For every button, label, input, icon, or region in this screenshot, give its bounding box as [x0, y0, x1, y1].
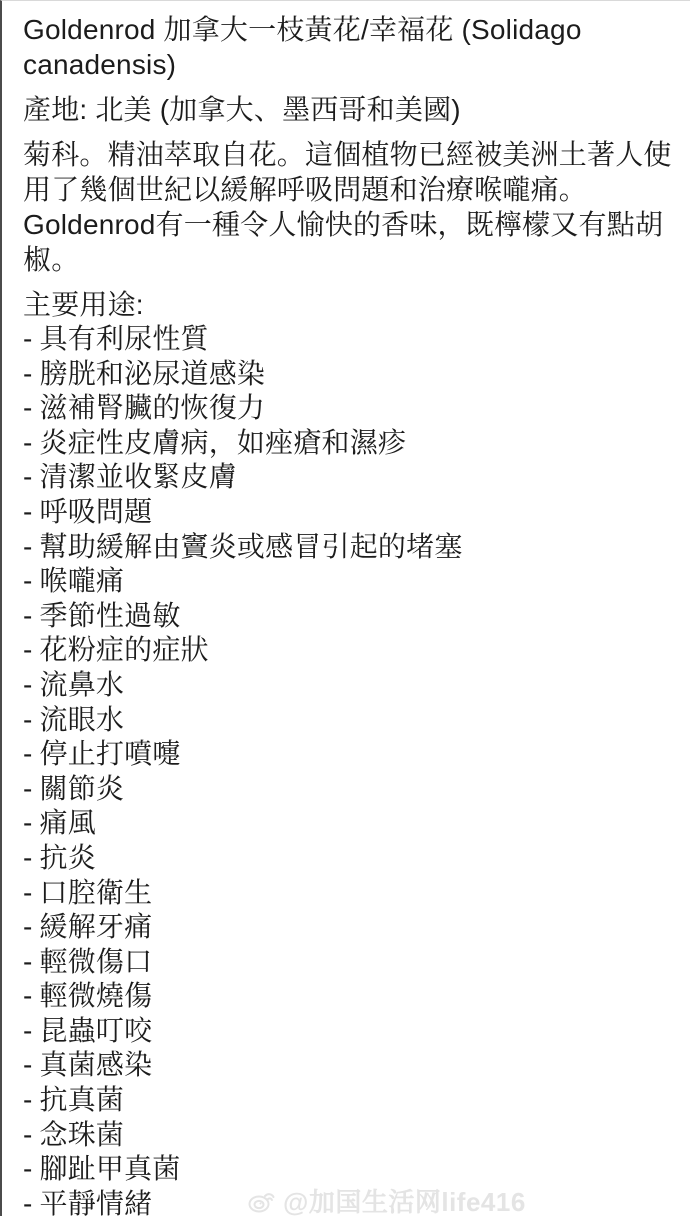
list-item: -喉嚨痛: [23, 564, 672, 599]
bullet-dash: -: [23, 737, 33, 772]
bullet-dash: -: [23, 979, 33, 1014]
list-item-label: 流眼水: [40, 704, 125, 735]
list-item: -炎症性皮膚病，如痤瘡和濕疹: [23, 426, 672, 461]
bullet-dash: -: [23, 495, 33, 530]
list-item-label: 關節炎: [40, 773, 125, 804]
list-item: -緩解牙痛: [23, 910, 672, 945]
weibo-icon: [247, 1187, 277, 1215]
list-item: -輕微傷口: [23, 945, 672, 980]
list-item: -清潔並收緊皮膚: [23, 460, 672, 495]
list-item: -抗炎: [23, 841, 672, 876]
bullet-dash: -: [23, 772, 33, 807]
list-item-label: 緩解牙痛: [40, 911, 153, 942]
bullet-dash: -: [23, 1014, 33, 1049]
description-intro: 菊科。精油萃取自花。這個植物已經被美洲土著人使用了幾個世紀以緩解呼吸問題和治療喉…: [23, 139, 672, 205]
list-item: -流眼水: [23, 703, 672, 738]
document-body: Goldenrod 加拿大一枝黃花/幸福花 (Solidago canadens…: [2, 1, 690, 1216]
list-item: -呼吸問題: [23, 495, 672, 530]
list-item-label: 炎症性皮膚病，如痤瘡和濕疹: [40, 427, 407, 458]
list-item: -花粉症的症狀: [23, 633, 672, 668]
bullet-dash: -: [23, 1048, 33, 1083]
page-root: { "document": { "title": "Goldenrod 加拿大一…: [0, 0, 690, 1216]
bullet-dash: -: [23, 357, 33, 392]
list-item-label: 真菌感染: [40, 1049, 153, 1080]
bullet-dash: -: [23, 633, 33, 668]
list-item-label: 季節性過敏: [40, 600, 181, 631]
list-item-label: 停止打噴嚏: [40, 738, 181, 769]
bullet-dash: -: [23, 841, 33, 876]
list-item: -痛風: [23, 806, 672, 841]
bullet-dash: -: [23, 703, 33, 738]
list-item: -真菌感染: [23, 1048, 672, 1083]
list-item: -幫助緩解由竇炎或感冒引起的堵塞: [23, 530, 672, 565]
list-item-label: 滋補腎臟的恢復力: [40, 392, 266, 423]
list-item: -關節炎: [23, 772, 672, 807]
list-item-label: 流鼻水: [40, 669, 125, 700]
bullet-dash: -: [23, 1152, 33, 1187]
bullet-dash: -: [23, 530, 33, 565]
origin-line: 產地: 北美 (加拿大、墨西哥和美國): [23, 92, 672, 127]
list-item-label: 具有利尿性質: [40, 323, 209, 354]
list-item-label: 平靜情緒: [40, 1188, 153, 1216]
list-item-label: 昆蟲叮咬: [40, 1015, 153, 1046]
list-item: -停止打噴嚏: [23, 737, 672, 772]
list-item: -念珠菌: [23, 1118, 672, 1153]
list-item: -滋補腎臟的恢復力: [23, 391, 672, 426]
list-item-label: 幫助緩解由竇炎或感冒引起的堵塞: [40, 531, 463, 562]
list-item: -昆蟲叮咬: [23, 1014, 672, 1049]
list-item: -抗真菌: [23, 1083, 672, 1118]
bullet-dash: -: [23, 1118, 33, 1153]
bullet-dash: -: [23, 322, 33, 357]
list-item-label: 清潔並收緊皮膚: [40, 461, 237, 492]
bullet-dash: -: [23, 460, 33, 495]
bullet-dash: -: [23, 945, 33, 980]
list-item-label: 花粉症的症狀: [40, 634, 209, 665]
list-item-label: 抗炎: [40, 842, 96, 873]
bullet-dash: -: [23, 391, 33, 426]
bullet-dash: -: [23, 599, 33, 634]
description-aroma: Goldenrod有一種令人愉快的香味，既檸檬又有點胡椒。: [23, 209, 663, 275]
bullet-dash: -: [23, 876, 33, 911]
bullet-dash: -: [23, 668, 33, 703]
list-item: -輕微燒傷: [23, 979, 672, 1014]
list-item-label: 抗真菌: [40, 1084, 125, 1115]
list-item-label: 腳趾甲真菌: [40, 1153, 181, 1184]
list-item: -口腔衛生: [23, 876, 672, 911]
list-item: -流鼻水: [23, 668, 672, 703]
list-item-label: 輕微燒傷: [40, 980, 153, 1011]
bullet-dash: -: [23, 564, 33, 599]
watermark-handle: @加国生活网life416: [283, 1182, 526, 1216]
bullet-dash: -: [23, 1187, 33, 1216]
list-item-label: 念珠菌: [40, 1119, 125, 1150]
list-item-label: 輕微傷口: [40, 946, 153, 977]
description-paragraph: 菊科。精油萃取自花。這個植物已經被美洲土著人使用了幾個世紀以緩解呼吸問題和治療喉…: [23, 137, 672, 277]
watermark: @加国生活网life416: [247, 1182, 526, 1216]
list-item-label: 喉嚨痛: [40, 565, 125, 596]
bullet-dash: -: [23, 910, 33, 945]
uses-list: -具有利尿性質-膀胱和泌尿道感染-滋補腎臟的恢復力-炎症性皮膚病，如痤瘡和濕疹-…: [23, 322, 672, 1216]
bullet-dash: -: [23, 426, 33, 461]
list-item-label: 呼吸問題: [40, 496, 153, 527]
list-item-label: 膀胱和泌尿道感染: [40, 358, 266, 389]
bullet-dash: -: [23, 806, 33, 841]
uses-heading: 主要用途:: [23, 287, 672, 322]
list-item: -季節性過敏: [23, 599, 672, 634]
list-item: -具有利尿性質: [23, 322, 672, 357]
list-item: -膀胱和泌尿道感染: [23, 357, 672, 392]
list-item-label: 口腔衛生: [40, 877, 153, 908]
bullet-dash: -: [23, 1083, 33, 1118]
list-item-label: 痛風: [40, 807, 96, 838]
page-title: Goldenrod 加拿大一枝黃花/幸福花 (Solidago canadens…: [23, 12, 672, 82]
